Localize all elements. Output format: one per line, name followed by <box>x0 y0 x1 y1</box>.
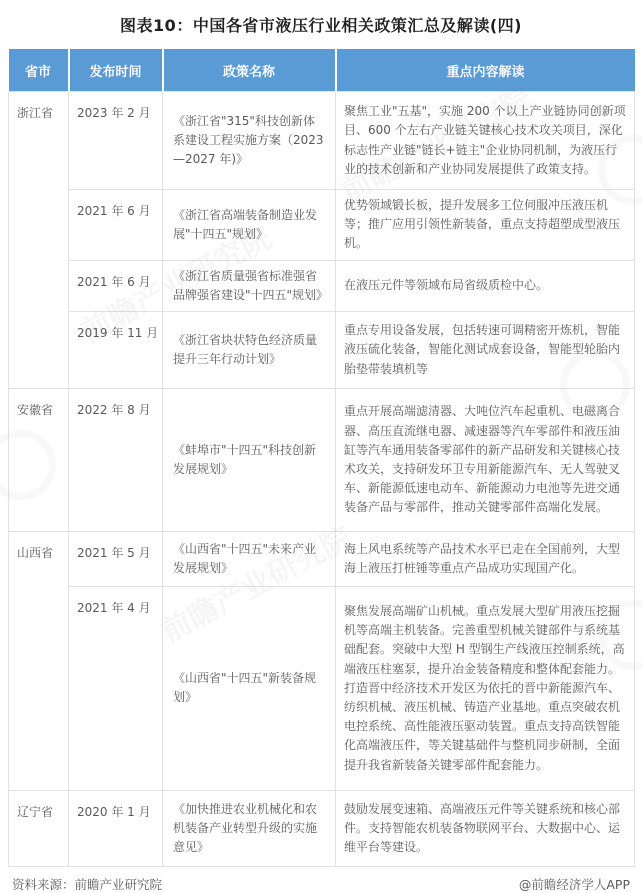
policy-table: 省市发布时间政策名称重点内容解读 浙江省2023 年 2 月《浙江省"315"科… <box>8 49 635 867</box>
table-row: 2019 年 11 月《浙江省块状特色经济质量提升三年行动计划》重点专用设备发展… <box>9 311 635 388</box>
table-row: 2021 年 4 月《山西省"十四五"新装备规划》聚焦发展高端矿山机械。重点发展… <box>9 586 635 790</box>
province-cell: 辽宁省 <box>9 790 69 866</box>
policy-cell: 《加快推进农业机械化和农机装备产业转型升级的实施意见》 <box>163 790 336 866</box>
date-cell: 2021 年 4 月 <box>69 586 163 790</box>
table-row: 山西省2021 年 5 月《山西省"十四五"未来产业发展规划》海上风电系统等产品… <box>9 531 635 586</box>
content-cell: 鼓励发展变速箱、高端液压元件等关键系统和核心部件。支持智能农机装备物联网平台、大… <box>336 790 635 866</box>
policy-cell: 《浙江省质量强省标准强省品牌强省建设"十四五"规划》 <box>163 260 336 311</box>
date-cell: 2020 年 1 月 <box>69 790 163 866</box>
province-cell: 山西省 <box>9 531 69 790</box>
policy-cell: 《浙江省块状特色经济质量提升三年行动计划》 <box>163 311 336 388</box>
date-cell: 2021 年 6 月 <box>69 260 163 311</box>
table-row: 辽宁省2020 年 1 月《加快推进农业机械化和农机装备产业转型升级的实施意见》… <box>9 790 635 866</box>
province-cell: 安徽省 <box>9 388 69 531</box>
content-cell: 聚焦工业"五基"，实施 200 个以上产业链协同创新项目、600 个左右产业链关… <box>336 92 635 190</box>
table-row: 2021 年 6 月《浙江省高端装备制造业发展"十四五"规划》优势领域锻长板，提… <box>9 190 635 261</box>
credit-note: @前瞻经济学人APP <box>519 875 630 893</box>
date-cell: 2022 年 8 月 <box>69 388 163 531</box>
column-header: 省市 <box>9 49 69 92</box>
source-note: 资料来源：前瞻产业研究院 <box>12 875 162 893</box>
column-header: 重点内容解读 <box>336 49 635 92</box>
report-figure-page: 图表10：中国各省市液压行业相关政策汇总及解读(四) 省市发布时间政策名称重点内… <box>0 0 642 893</box>
date-cell: 2021 年 6 月 <box>69 190 163 261</box>
column-header: 发布时间 <box>69 49 163 92</box>
province-cell: 浙江省 <box>9 92 69 389</box>
content-cell: 重点开展高端滤清器、大吨位汽车起重机、电磁离合器、高压直流继电器、减速器等汽车零… <box>336 388 635 531</box>
table-header: 省市发布时间政策名称重点内容解读 <box>9 49 635 92</box>
table-row: 安徽省2022 年 8 月《蚌埠市"十四五"科技创新发展规划》重点开展高端滤清器… <box>9 388 635 531</box>
content-cell: 优势领域锻长板，提升发展多工位伺服冲压液压机等；推广应用引领性新装备，重点支持超… <box>336 190 635 261</box>
content-cell: 重点专用设备发展，包括转速可调精密开炼机，智能液压硫化装备，智能化测试成套设备，… <box>336 311 635 388</box>
content-cell: 在液压元件等领域布局省级质检中心。 <box>336 260 635 311</box>
table-body: 浙江省2023 年 2 月《浙江省"315"科技创新体系建设工程实施方案（202… <box>9 92 635 867</box>
content-cell: 海上风电系统等产品技术水平已走在全国前列，大型海上液压打桩锤等重点产品成功实现国… <box>336 531 635 586</box>
date-cell: 2019 年 11 月 <box>69 311 163 388</box>
policy-cell: 《浙江省高端装备制造业发展"十四五"规划》 <box>163 190 336 261</box>
figure-footer: 资料来源：前瞻产业研究院 @前瞻经济学人APP <box>12 875 630 893</box>
header-row: 省市发布时间政策名称重点内容解读 <box>9 49 635 92</box>
policy-cell: 《山西省"十四五"未来产业发展规划》 <box>163 531 336 586</box>
date-cell: 2023 年 2 月 <box>69 92 163 190</box>
policy-cell: 《山西省"十四五"新装备规划》 <box>163 586 336 790</box>
column-header: 政策名称 <box>163 49 336 92</box>
table-row: 2021 年 6 月《浙江省质量强省标准强省品牌强省建设"十四五"规划》在液压元… <box>9 260 635 311</box>
date-cell: 2021 年 5 月 <box>69 531 163 586</box>
table-row: 浙江省2023 年 2 月《浙江省"315"科技创新体系建设工程实施方案（202… <box>9 92 635 190</box>
policy-cell: 《蚌埠市"十四五"科技创新发展规划》 <box>163 388 336 531</box>
policy-cell: 《浙江省"315"科技创新体系建设工程实施方案（2023—2027 年)》 <box>163 92 336 190</box>
content-cell: 聚焦发展高端矿山机械。重点发展大型矿用液压挖掘机等高端主机装备。完善重型机械关键… <box>336 586 635 790</box>
page-title: 图表10：中国各省市液压行业相关政策汇总及解读(四) <box>0 0 642 36</box>
